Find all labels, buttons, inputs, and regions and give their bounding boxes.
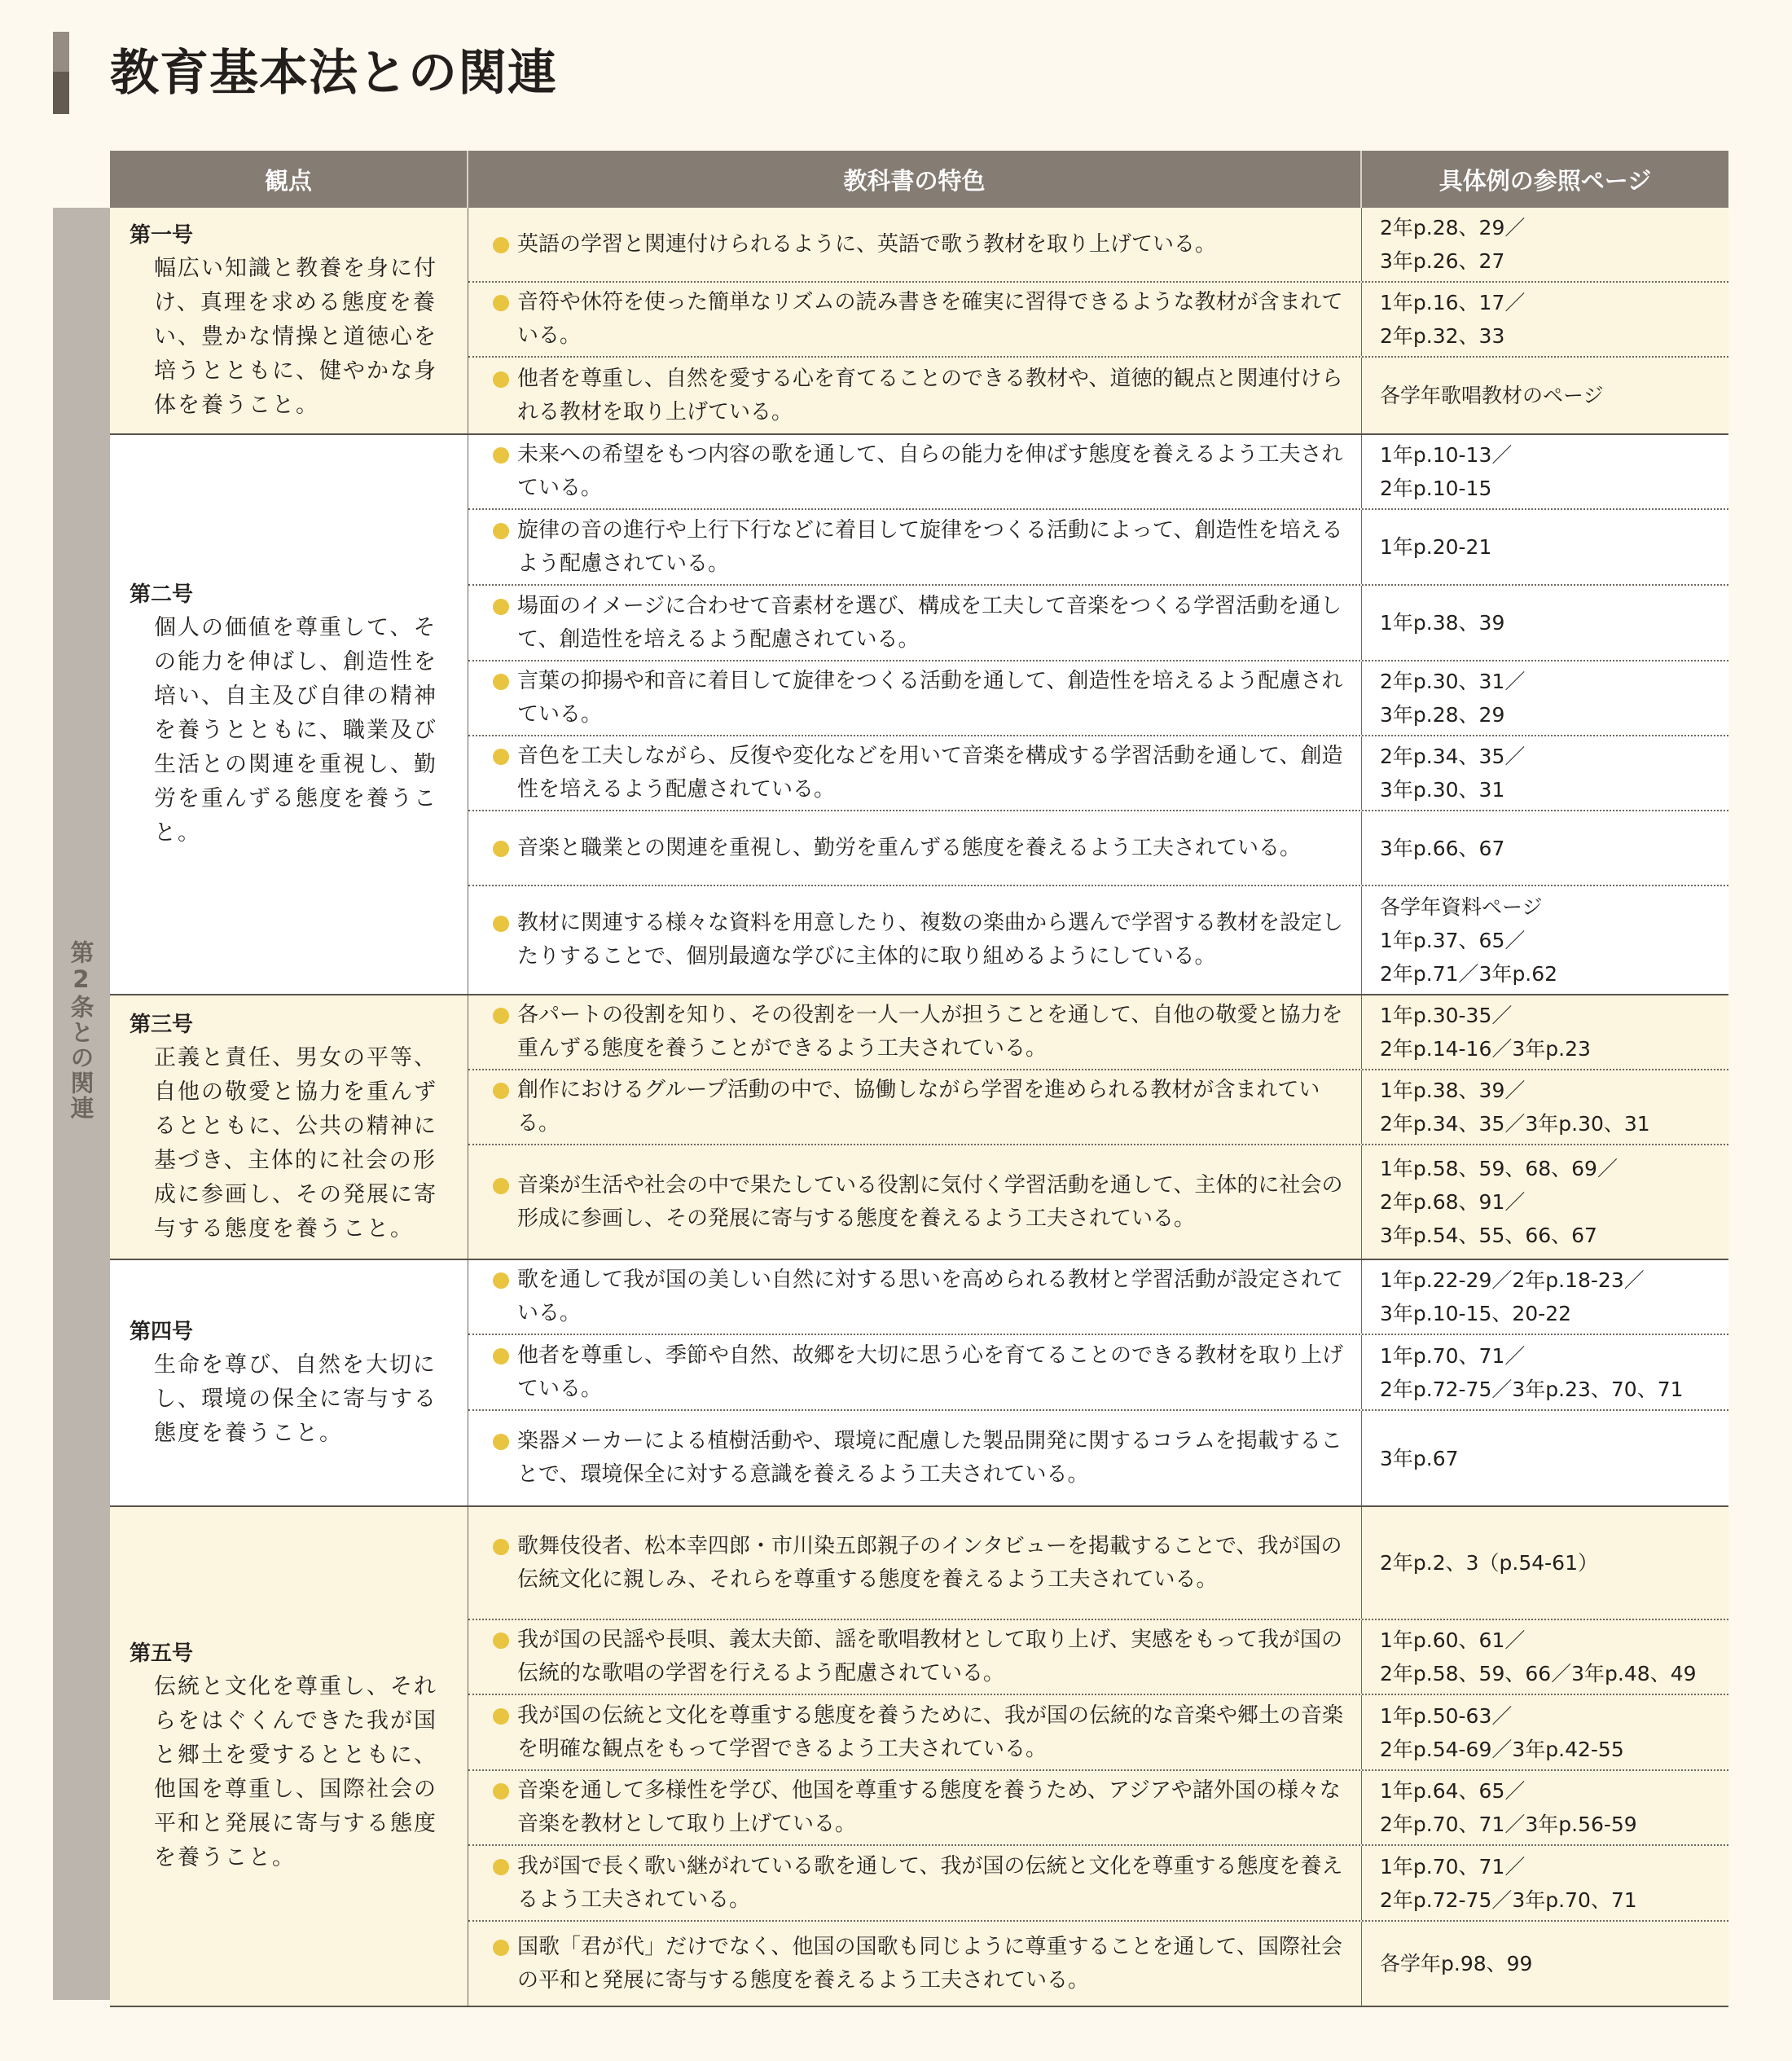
reference-cell: 2年p.30、31／ 3年p.28、29 xyxy=(1362,661,1728,735)
reference-pages: 各学年資料ページ 1年p.37、65／ 2年p.71／3年p.62 xyxy=(1380,890,1557,991)
clause-number: 第三号 xyxy=(130,1009,451,1041)
feature-item: 各パートの役割を知り、その役割を一人一人が担うことを通して、自他の敬愛と協力を重… xyxy=(493,999,1343,1066)
reference-cell: 1年p.58、59、68、69／ 2年p.68、91／ 3年p.54、55、66… xyxy=(1362,1145,1728,1259)
reference-cell: 1年p.22-29／2年p.18-23／ 3年p.10-15、20-22 xyxy=(1362,1260,1728,1334)
feature-item: 他者を尊重し、季節や自然、故郷を大切に思う心を育てることのできる教材を取り上げて… xyxy=(493,1339,1343,1406)
header-viewpoint: 観点 xyxy=(110,151,468,208)
feature-rows: 未来への希望をもつ内容の歌を通して、自らの能力を伸ばす態度を養えるよう工夫されて… xyxy=(468,435,1728,994)
feature-item: 音楽が生活や社会の中で果たしている役割に気付く学習活動を通して、主体的に社会の形… xyxy=(493,1169,1343,1236)
feature-rows: 歌を通して我が国の美しい自然に対する思いを高められる教材と学習活動が設定されてい… xyxy=(468,1260,1728,1505)
table-row: 他者を尊重し、季節や自然、故郷を大切に思う心を育てることのできる教材を取り上げて… xyxy=(468,1335,1728,1411)
feature-item: 創作におけるグループ活動の中で、協働しながら学習を進められる教材が含まれている。 xyxy=(493,1074,1343,1140)
viewpoint-cell: 第一号幅広い知識と教養を身に付け、真理を求める態度を養い、豊かな情操と道徳心を培… xyxy=(110,208,468,433)
bullet-dot-icon xyxy=(493,1083,509,1099)
feature-text: 旋律の音の進行や上行下行などに着目して旋律をつくる活動によって、創造性を培えるよ… xyxy=(517,518,1342,576)
reference-pages: 2年p.34、35／ 3年p.30、31 xyxy=(1380,740,1525,806)
bullet-dot-icon xyxy=(493,1348,509,1364)
feature-text: 他者を尊重し、季節や自然、故郷を大切に思う心を育てることのできる教材を取り上げて… xyxy=(517,1343,1343,1401)
table-row: 音楽と職業との関連を重視し、勤労を重んずる態度を養えるよう工夫されている。3年p… xyxy=(468,811,1728,886)
bullet-dot-icon xyxy=(493,1272,509,1289)
bullet-dot-icon xyxy=(493,1633,509,1649)
group-5: 第五号伝統と文化を尊重し、それらをはぐくんできた我が国と郷土を愛するとともに、他… xyxy=(110,1507,1728,2007)
bullet-dot-icon xyxy=(493,1434,509,1450)
feature-text: 歌を通して我が国の美しい自然に対する思いを高められる教材と学習活動が設定されてい… xyxy=(517,1268,1343,1325)
feature-cell: 歌を通して我が国の美しい自然に対する思いを高められる教材と学習活動が設定されてい… xyxy=(468,1260,1362,1334)
bullet-dot-icon xyxy=(493,674,509,690)
feature-item: 我が国の伝統と文化を尊重する態度を養うために、我が国の伝統的な音楽や郷土の音楽を… xyxy=(493,1699,1343,1766)
feature-text: 国歌「君が代」だけでなく、他国の国歌も同じように尊重することを通して、国際社会の… xyxy=(517,1935,1342,1993)
feature-text: 他者を尊重し、自然を愛する心を育てることのできる教材や、道徳的観点と関連付けられ… xyxy=(517,367,1342,424)
title-accent-bar xyxy=(53,32,69,114)
reference-cell: 2年p.2、3（p.54-61） xyxy=(1362,1507,1728,1619)
table-row: 未来への希望をもつ内容の歌を通して、自らの能力を伸ばす態度を養えるよう工夫されて… xyxy=(468,435,1728,510)
feature-item: 楽器メーカーによる植樹活動や、環境に配慮した製品開発に関するコラムを掲載すること… xyxy=(493,1425,1343,1492)
feature-cell: 未来への希望をもつ内容の歌を通して、自らの能力を伸ばす態度を養えるよう工夫されて… xyxy=(468,435,1362,508)
feature-item: 英語の学習と関連付けられるように、英語で歌う教材を取り上げている。 xyxy=(493,228,1216,261)
reference-pages: 各学年p.98、99 xyxy=(1380,1947,1532,1980)
side-label: 第2条との関連 xyxy=(65,940,99,1121)
viewpoint-cell: 第五号伝統と文化を尊重し、それらをはぐくんできた我が国と郷土を愛するとともに、他… xyxy=(110,1507,468,2006)
feature-item: 我が国の民謡や長唄、義太夫節、謡を歌唱教材として取り上げ、実感をもって我が国の伝… xyxy=(493,1624,1343,1690)
relation-table: 観点 教科書の特色 具体例の参照ページ 第一号幅広い知識と教養を身に付け、真理を… xyxy=(110,151,1728,2007)
bullet-dot-icon xyxy=(493,1008,509,1024)
reference-cell: 1年p.30-35／ 2年p.14-16／3年p.23 xyxy=(1362,995,1728,1069)
bullet-dot-icon xyxy=(493,749,509,765)
feature-cell: 音符や休符を使った簡単なリズムの読み書きを確実に習得できるような教材が含まれてい… xyxy=(468,283,1362,356)
table-row: 我が国の伝統と文化を尊重する態度を養うために、我が国の伝統的な音楽や郷土の音楽を… xyxy=(468,1695,1728,1771)
feature-rows: 各パートの役割を知り、その役割を一人一人が担うことを通して、自他の敬愛と協力を重… xyxy=(468,995,1728,1259)
feature-text: 歌舞伎役者、松本幸四郎・市川染五郎親子のインタビューを掲載することで、我が国の伝… xyxy=(517,1534,1342,1592)
feature-cell: 英語の学習と関連付けられるように、英語で歌う教材を取り上げている。 xyxy=(468,208,1362,281)
reference-pages: 3年p.66、67 xyxy=(1380,832,1504,865)
table-row: 旋律の音の進行や上行下行などに着目して旋律をつくる活動によって、創造性を培えるよ… xyxy=(468,510,1728,586)
feature-cell: 旋律の音の進行や上行下行などに着目して旋律をつくる活動によって、創造性を培えるよ… xyxy=(468,510,1362,584)
feature-item: 言葉の抑揚や和音に着目して旋律をつくる活動を通して、創造性を培えるよう配慮されて… xyxy=(493,665,1343,732)
feature-text: 楽器メーカーによる植樹活動や、環境に配慮した製品開発に関するコラムを掲載すること… xyxy=(517,1429,1342,1487)
table-row: 創作におけるグループ活動の中で、協働しながら学習を進められる教材が含まれている。… xyxy=(468,1070,1728,1145)
table-row: 我が国の民謡や長唄、義太夫節、謡を歌唱教材として取り上げ、実感をもって我が国の伝… xyxy=(468,1620,1728,1695)
clause-number: 第二号 xyxy=(130,578,451,611)
feature-item: 旋律の音の進行や上行下行などに着目して旋律をつくる活動によって、創造性を培えるよ… xyxy=(493,514,1343,581)
table-header: 観点 教科書の特色 具体例の参照ページ xyxy=(110,151,1728,208)
reference-cell: 各学年資料ページ 1年p.37、65／ 2年p.71／3年p.62 xyxy=(1362,886,1728,994)
feature-cell: 音色を工夫しながら、反復や変化などを用いて音楽を構成する学習活動を通して、創造性… xyxy=(468,736,1362,810)
table-row: 音楽を通して多様性を学び、他国を尊重する態度を養うため、アジアや諸外国の様々な音… xyxy=(468,1771,1728,1846)
bullet-dot-icon xyxy=(493,237,509,253)
feature-item: 未来への希望をもつ内容の歌を通して、自らの能力を伸ばす態度を養えるよう工夫されて… xyxy=(493,438,1343,505)
reference-pages: 1年p.38、39／ 2年p.34、35／3年p.30、31 xyxy=(1380,1074,1650,1140)
bullet-dot-icon xyxy=(493,523,509,539)
clause-number: 第四号 xyxy=(130,1316,451,1348)
bullet-dot-icon xyxy=(493,916,509,932)
feature-text: 場面のイメージに合わせて音素材を選び、構成を工夫して音楽をつくる学習活動を通して… xyxy=(517,594,1342,652)
clause-description: 伝統と文化を尊重し、それらをはぐくんできた我が国と郷土を愛するとともに、他国を尊… xyxy=(130,1670,451,1875)
feature-cell: 教材に関連する様々な資料を用意したり、複数の楽曲から選んで学習する教材を設定した… xyxy=(468,886,1362,994)
reference-pages: 1年p.16、17／ 2年p.32、33 xyxy=(1380,286,1525,353)
reference-cell: 3年p.67 xyxy=(1362,1411,1728,1505)
reference-pages: 2年p.28、29／ 3年p.26、27 xyxy=(1380,211,1525,278)
reference-cell: 1年p.16、17／ 2年p.32、33 xyxy=(1362,283,1728,356)
reference-pages: 1年p.38、39 xyxy=(1380,606,1504,639)
feature-text: 音符や休符を使った簡単なリズムの読み書きを確実に習得できるような教材が含まれてい… xyxy=(517,290,1342,348)
feature-text: 創作におけるグループ活動の中で、協働しながら学習を進められる教材が含まれている。 xyxy=(517,1078,1320,1136)
bullet-dot-icon xyxy=(493,1859,509,1875)
feature-cell: 創作におけるグループ活動の中で、協働しながら学習を進められる教材が含まれている。 xyxy=(468,1070,1362,1144)
feature-cell: 我が国の伝統と文化を尊重する態度を養うために、我が国の伝統的な音楽や郷土の音楽を… xyxy=(468,1695,1362,1769)
bullet-dot-icon xyxy=(493,371,509,388)
reference-cell: 1年p.60、61／ 2年p.58、59、66／3年p.48、49 xyxy=(1362,1620,1728,1694)
reference-pages: 2年p.2、3（p.54-61） xyxy=(1380,1546,1598,1580)
feature-item: 場面のイメージに合わせて音素材を選び、構成を工夫して音楽をつくる学習活動を通して… xyxy=(493,590,1343,657)
feature-item: 音符や休符を使った簡単なリズムの読み書きを確実に習得できるような教材が含まれてい… xyxy=(493,286,1343,353)
title-accent-bottom xyxy=(53,72,69,114)
reference-cell: 2年p.28、29／ 3年p.26、27 xyxy=(1362,208,1728,281)
feature-cell: 音楽が生活や社会の中で果たしている役割に気付く学習活動を通して、主体的に社会の形… xyxy=(468,1145,1362,1259)
feature-text: 音楽を通して多様性を学び、他国を尊重する態度を養うため、アジアや諸外国の様々な音… xyxy=(517,1778,1341,1836)
table-row: 教材に関連する様々な資料を用意したり、複数の楽曲から選んで学習する教材を設定した… xyxy=(468,886,1728,994)
feature-text: 我が国の伝統と文化を尊重する態度を養うために、我が国の伝統的な音楽や郷土の音楽を… xyxy=(517,1703,1343,1761)
bullet-dot-icon xyxy=(493,1708,509,1725)
feature-text: 我が国の民謡や長唄、義太夫節、謡を歌唱教材として取り上げ、実感をもって我が国の伝… xyxy=(517,1628,1342,1685)
reference-pages: 1年p.60、61／ 2年p.58、59、66／3年p.48、49 xyxy=(1380,1624,1697,1690)
clause-number: 第一号 xyxy=(130,219,451,252)
table-row: 我が国で長く歌い継がれている歌を通して、我が国の伝統と文化を尊重する態度を養える… xyxy=(468,1846,1728,1922)
viewpoint-cell: 第三号正義と責任、男女の平等、自他の敬愛と協力を重んずるとともに、公共の精神に基… xyxy=(110,995,468,1259)
table-row: 歌舞伎役者、松本幸四郎・市川染五郎親子のインタビューを掲載することで、我が国の伝… xyxy=(468,1507,1728,1620)
feature-cell: 楽器メーカーによる植樹活動や、環境に配慮した製品開発に関するコラムを掲載すること… xyxy=(468,1411,1362,1505)
feature-item: 教材に関連する様々な資料を用意したり、複数の楽曲から選んで学習する教材を設定した… xyxy=(493,907,1343,973)
feature-item: 国歌「君が代」だけでなく、他国の国歌も同じように尊重することを通して、国際社会の… xyxy=(493,1931,1343,1997)
reference-pages: 1年p.10-13／ 2年p.10-15 xyxy=(1380,438,1512,505)
reference-pages: 1年p.22-29／2年p.18-23／ 3年p.10-15、20-22 xyxy=(1380,1263,1645,1330)
feature-item: 歌舞伎役者、松本幸四郎・市川染五郎親子のインタビューを掲載することで、我が国の伝… xyxy=(493,1530,1343,1597)
clause-description: 幅広い知識と教養を身に付け、真理を求める態度を養い、豊かな情操と道徳心を培うとと… xyxy=(130,252,451,423)
reference-cell: 1年p.50-63／ 2年p.54-69／3年p.42-55 xyxy=(1362,1695,1728,1769)
bullet-dot-icon xyxy=(493,599,509,615)
clause-description: 生命を尊び、自然を大切にし、環境の保全に寄与する態度を養うこと。 xyxy=(130,1348,451,1451)
feature-item: 音楽を通して多様性を学び、他国を尊重する態度を養うため、アジアや諸外国の様々な音… xyxy=(493,1774,1343,1841)
header-features: 教科書の特色 xyxy=(468,151,1362,208)
feature-text: 音色を工夫しながら、反復や変化などを用いて音楽を構成する学習活動を通して、創造性… xyxy=(517,744,1342,802)
table-row: 言葉の抑揚や和音に着目して旋律をつくる活動を通して、創造性を培えるよう配慮されて… xyxy=(468,661,1728,736)
feature-item: 音色を工夫しながら、反復や変化などを用いて音楽を構成する学習活動を通して、創造性… xyxy=(493,740,1343,806)
feature-cell: 我が国で長く歌い継がれている歌を通して、我が国の伝統と文化を尊重する態度を養える… xyxy=(468,1846,1362,1920)
group-1: 第一号幅広い知識と教養を身に付け、真理を求める態度を養い、豊かな情操と道徳心を培… xyxy=(110,208,1728,435)
reference-cell: 1年p.64、65／ 2年p.70、71／3年p.56-59 xyxy=(1362,1771,1728,1844)
bullet-dot-icon xyxy=(493,1783,509,1800)
feature-item: 他者を尊重し、自然を愛する心を育てることのできる教材や、道徳的観点と関連付けられ… xyxy=(493,363,1343,429)
clause-description: 正義と責任、男女の平等、自他の敬愛と協力を重んずるとともに、公共の精神に基づき、… xyxy=(130,1041,451,1246)
title-accent-top xyxy=(53,32,69,72)
table-row: 楽器メーカーによる植樹活動や、環境に配慮した製品開発に関するコラムを掲載すること… xyxy=(468,1411,1728,1505)
reference-pages: 1年p.50-63／ 2年p.54-69／3年p.42-55 xyxy=(1380,1699,1624,1766)
reference-pages: 1年p.58、59、68、69／ 2年p.68、91／ 3年p.54、55、66… xyxy=(1380,1152,1618,1252)
feature-cell: 他者を尊重し、自然を愛する心を育てることのできる教材や、道徳的観点と関連付けられ… xyxy=(468,358,1362,433)
group-2: 第二号個人の価値を尊重して、その能力を伸ばし、創造性を培い、自主及び自律の精神を… xyxy=(110,435,1728,995)
table-row: 各パートの役割を知り、その役割を一人一人が担うことを通して、自他の敬愛と協力を重… xyxy=(468,995,1728,1070)
reference-pages: 1年p.20-21 xyxy=(1380,530,1491,564)
table-row: 英語の学習と関連付けられるように、英語で歌う教材を取り上げている。2年p.28、… xyxy=(468,208,1728,283)
feature-cell: 各パートの役割を知り、その役割を一人一人が担うことを通して、自他の敬愛と協力を重… xyxy=(468,995,1362,1069)
viewpoint-cell: 第二号個人の価値を尊重して、その能力を伸ばし、創造性を培い、自主及び自律の精神を… xyxy=(110,435,468,994)
bullet-dot-icon xyxy=(493,841,509,857)
bullet-dot-icon xyxy=(493,1178,509,1194)
feature-item: 我が国で長く歌い継がれている歌を通して、我が国の伝統と文化を尊重する態度を養える… xyxy=(493,1850,1343,1917)
table-row: 音色を工夫しながら、反復や変化などを用いて音楽を構成する学習活動を通して、創造性… xyxy=(468,736,1728,811)
reference-cell: 1年p.20-21 xyxy=(1362,510,1728,584)
feature-item: 音楽と職業との関連を重視し、勤労を重んずる態度を養えるよう工夫されている。 xyxy=(493,832,1301,865)
feature-rows: 英語の学習と関連付けられるように、英語で歌う教材を取り上げている。2年p.28、… xyxy=(468,208,1728,433)
header-reference: 具体例の参照ページ xyxy=(1362,151,1728,208)
reference-pages: 1年p.64、65／ 2年p.70、71／3年p.56-59 xyxy=(1380,1774,1637,1841)
clause-number: 第五号 xyxy=(130,1637,451,1670)
reference-pages: 3年p.67 xyxy=(1380,1442,1459,1475)
feature-text: 各パートの役割を知り、その役割を一人一人が担うことを通して、自他の敬愛と協力を重… xyxy=(517,1003,1342,1061)
reference-cell: 各学年歌唱教材のページ xyxy=(1362,358,1728,433)
feature-cell: 他者を尊重し、季節や自然、故郷を大切に思う心を育てることのできる教材を取り上げて… xyxy=(468,1335,1362,1409)
reference-pages: 各学年歌唱教材のページ xyxy=(1380,379,1604,412)
table-row: 音楽が生活や社会の中で果たしている役割に気付く学習活動を通して、主体的に社会の形… xyxy=(468,1145,1728,1259)
bullet-dot-icon xyxy=(493,295,509,311)
feature-cell: 歌舞伎役者、松本幸四郎・市川染五郎親子のインタビューを掲載することで、我が国の伝… xyxy=(468,1507,1362,1619)
feature-text: 英語の学習と関連付けられるように、英語で歌う教材を取り上げている。 xyxy=(517,232,1216,257)
viewpoint-cell: 第四号生命を尊び、自然を大切にし、環境の保全に寄与する態度を養うこと。 xyxy=(110,1260,468,1505)
feature-rows: 歌舞伎役者、松本幸四郎・市川染五郎親子のインタビューを掲載することで、我が国の伝… xyxy=(468,1507,1728,2006)
table-row: 音符や休符を使った簡単なリズムの読み書きを確実に習得できるような教材が含まれてい… xyxy=(468,283,1728,358)
feature-text: 音楽と職業との関連を重視し、勤労を重んずる態度を養えるよう工夫されている。 xyxy=(517,836,1301,860)
clause-description: 個人の価値を尊重して、その能力を伸ばし、創造性を培い、自主及び自律の精神を養うと… xyxy=(130,611,451,850)
side-label-bar: 第2条との関連 xyxy=(53,208,110,2000)
reference-cell: 2年p.34、35／ 3年p.30、31 xyxy=(1362,736,1728,810)
table-body: 第一号幅広い知識と教養を身に付け、真理を求める態度を養い、豊かな情操と道徳心を培… xyxy=(110,208,1728,2007)
reference-cell: 1年p.70、71／ 2年p.72-75／3年p.70、71 xyxy=(1362,1846,1728,1920)
reference-cell: 各学年p.98、99 xyxy=(1362,1922,1728,2006)
group-3: 第三号正義と責任、男女の平等、自他の敬愛と協力を重んずるとともに、公共の精神に基… xyxy=(110,995,1728,1260)
feature-cell: 我が国の民謡や長唄、義太夫節、謡を歌唱教材として取り上げ、実感をもって我が国の伝… xyxy=(468,1620,1362,1694)
feature-text: 未来への希望をもつ内容の歌を通して、自らの能力を伸ばす態度を養えるよう工夫されて… xyxy=(517,442,1342,500)
feature-text: 我が国で長く歌い継がれている歌を通して、我が国の伝統と文化を尊重する態度を養える… xyxy=(517,1854,1342,1912)
reference-pages: 1年p.70、71／ 2年p.72-75／3年p.70、71 xyxy=(1380,1850,1637,1917)
reference-cell: 1年p.70、71／ 2年p.72-75／3年p.23、70、71 xyxy=(1362,1335,1728,1409)
reference-cell: 3年p.66、67 xyxy=(1362,811,1728,885)
reference-cell: 1年p.38、39 xyxy=(1362,586,1728,660)
reference-pages: 1年p.70、71／ 2年p.72-75／3年p.23、70、71 xyxy=(1380,1339,1684,1406)
table-row: 他者を尊重し、自然を愛する心を育てることのできる教材や、道徳的観点と関連付けられ… xyxy=(468,358,1728,433)
table-row: 場面のイメージに合わせて音素材を選び、構成を工夫して音楽をつくる学習活動を通して… xyxy=(468,586,1728,661)
reference-cell: 1年p.10-13／ 2年p.10-15 xyxy=(1362,435,1728,508)
reference-pages: 2年p.30、31／ 3年p.28、29 xyxy=(1380,665,1525,732)
reference-cell: 1年p.38、39／ 2年p.34、35／3年p.30、31 xyxy=(1362,1070,1728,1144)
feature-text: 音楽が生活や社会の中で果たしている役割に気付く学習活動を通して、主体的に社会の形… xyxy=(517,1173,1342,1231)
bullet-dot-icon xyxy=(493,447,509,464)
feature-cell: 言葉の抑揚や和音に着目して旋律をつくる活動を通して、創造性を培えるよう配慮されて… xyxy=(468,661,1362,735)
feature-cell: 国歌「君が代」だけでなく、他国の国歌も同じように尊重することを通して、国際社会の… xyxy=(468,1922,1362,2006)
feature-text: 言葉の抑揚や和音に着目して旋律をつくる活動を通して、創造性を培えるよう配慮されて… xyxy=(517,669,1342,727)
feature-cell: 音楽を通して多様性を学び、他国を尊重する態度を養うため、アジアや諸外国の様々な音… xyxy=(468,1771,1362,1844)
feature-text: 教材に関連する様々な資料を用意したり、複数の楽曲から選んで学習する教材を設定した… xyxy=(517,911,1343,969)
bullet-dot-icon xyxy=(493,1539,509,1555)
feature-cell: 音楽と職業との関連を重視し、勤労を重んずる態度を養えるよう工夫されている。 xyxy=(468,811,1362,885)
bullet-dot-icon xyxy=(493,1940,509,1956)
page-title: 教育基本法との関連 xyxy=(110,41,557,106)
reference-pages: 1年p.30-35／ 2年p.14-16／3年p.23 xyxy=(1380,999,1591,1066)
table-row: 国歌「君が代」だけでなく、他国の国歌も同じように尊重することを通して、国際社会の… xyxy=(468,1922,1728,2006)
feature-item: 歌を通して我が国の美しい自然に対する思いを高められる教材と学習活動が設定されてい… xyxy=(493,1263,1343,1330)
table-row: 歌を通して我が国の美しい自然に対する思いを高められる教材と学習活動が設定されてい… xyxy=(468,1260,1728,1335)
group-4: 第四号生命を尊び、自然を大切にし、環境の保全に寄与する態度を養うこと。歌を通して… xyxy=(110,1260,1728,1507)
feature-cell: 場面のイメージに合わせて音素材を選び、構成を工夫して音楽をつくる学習活動を通して… xyxy=(468,586,1362,660)
